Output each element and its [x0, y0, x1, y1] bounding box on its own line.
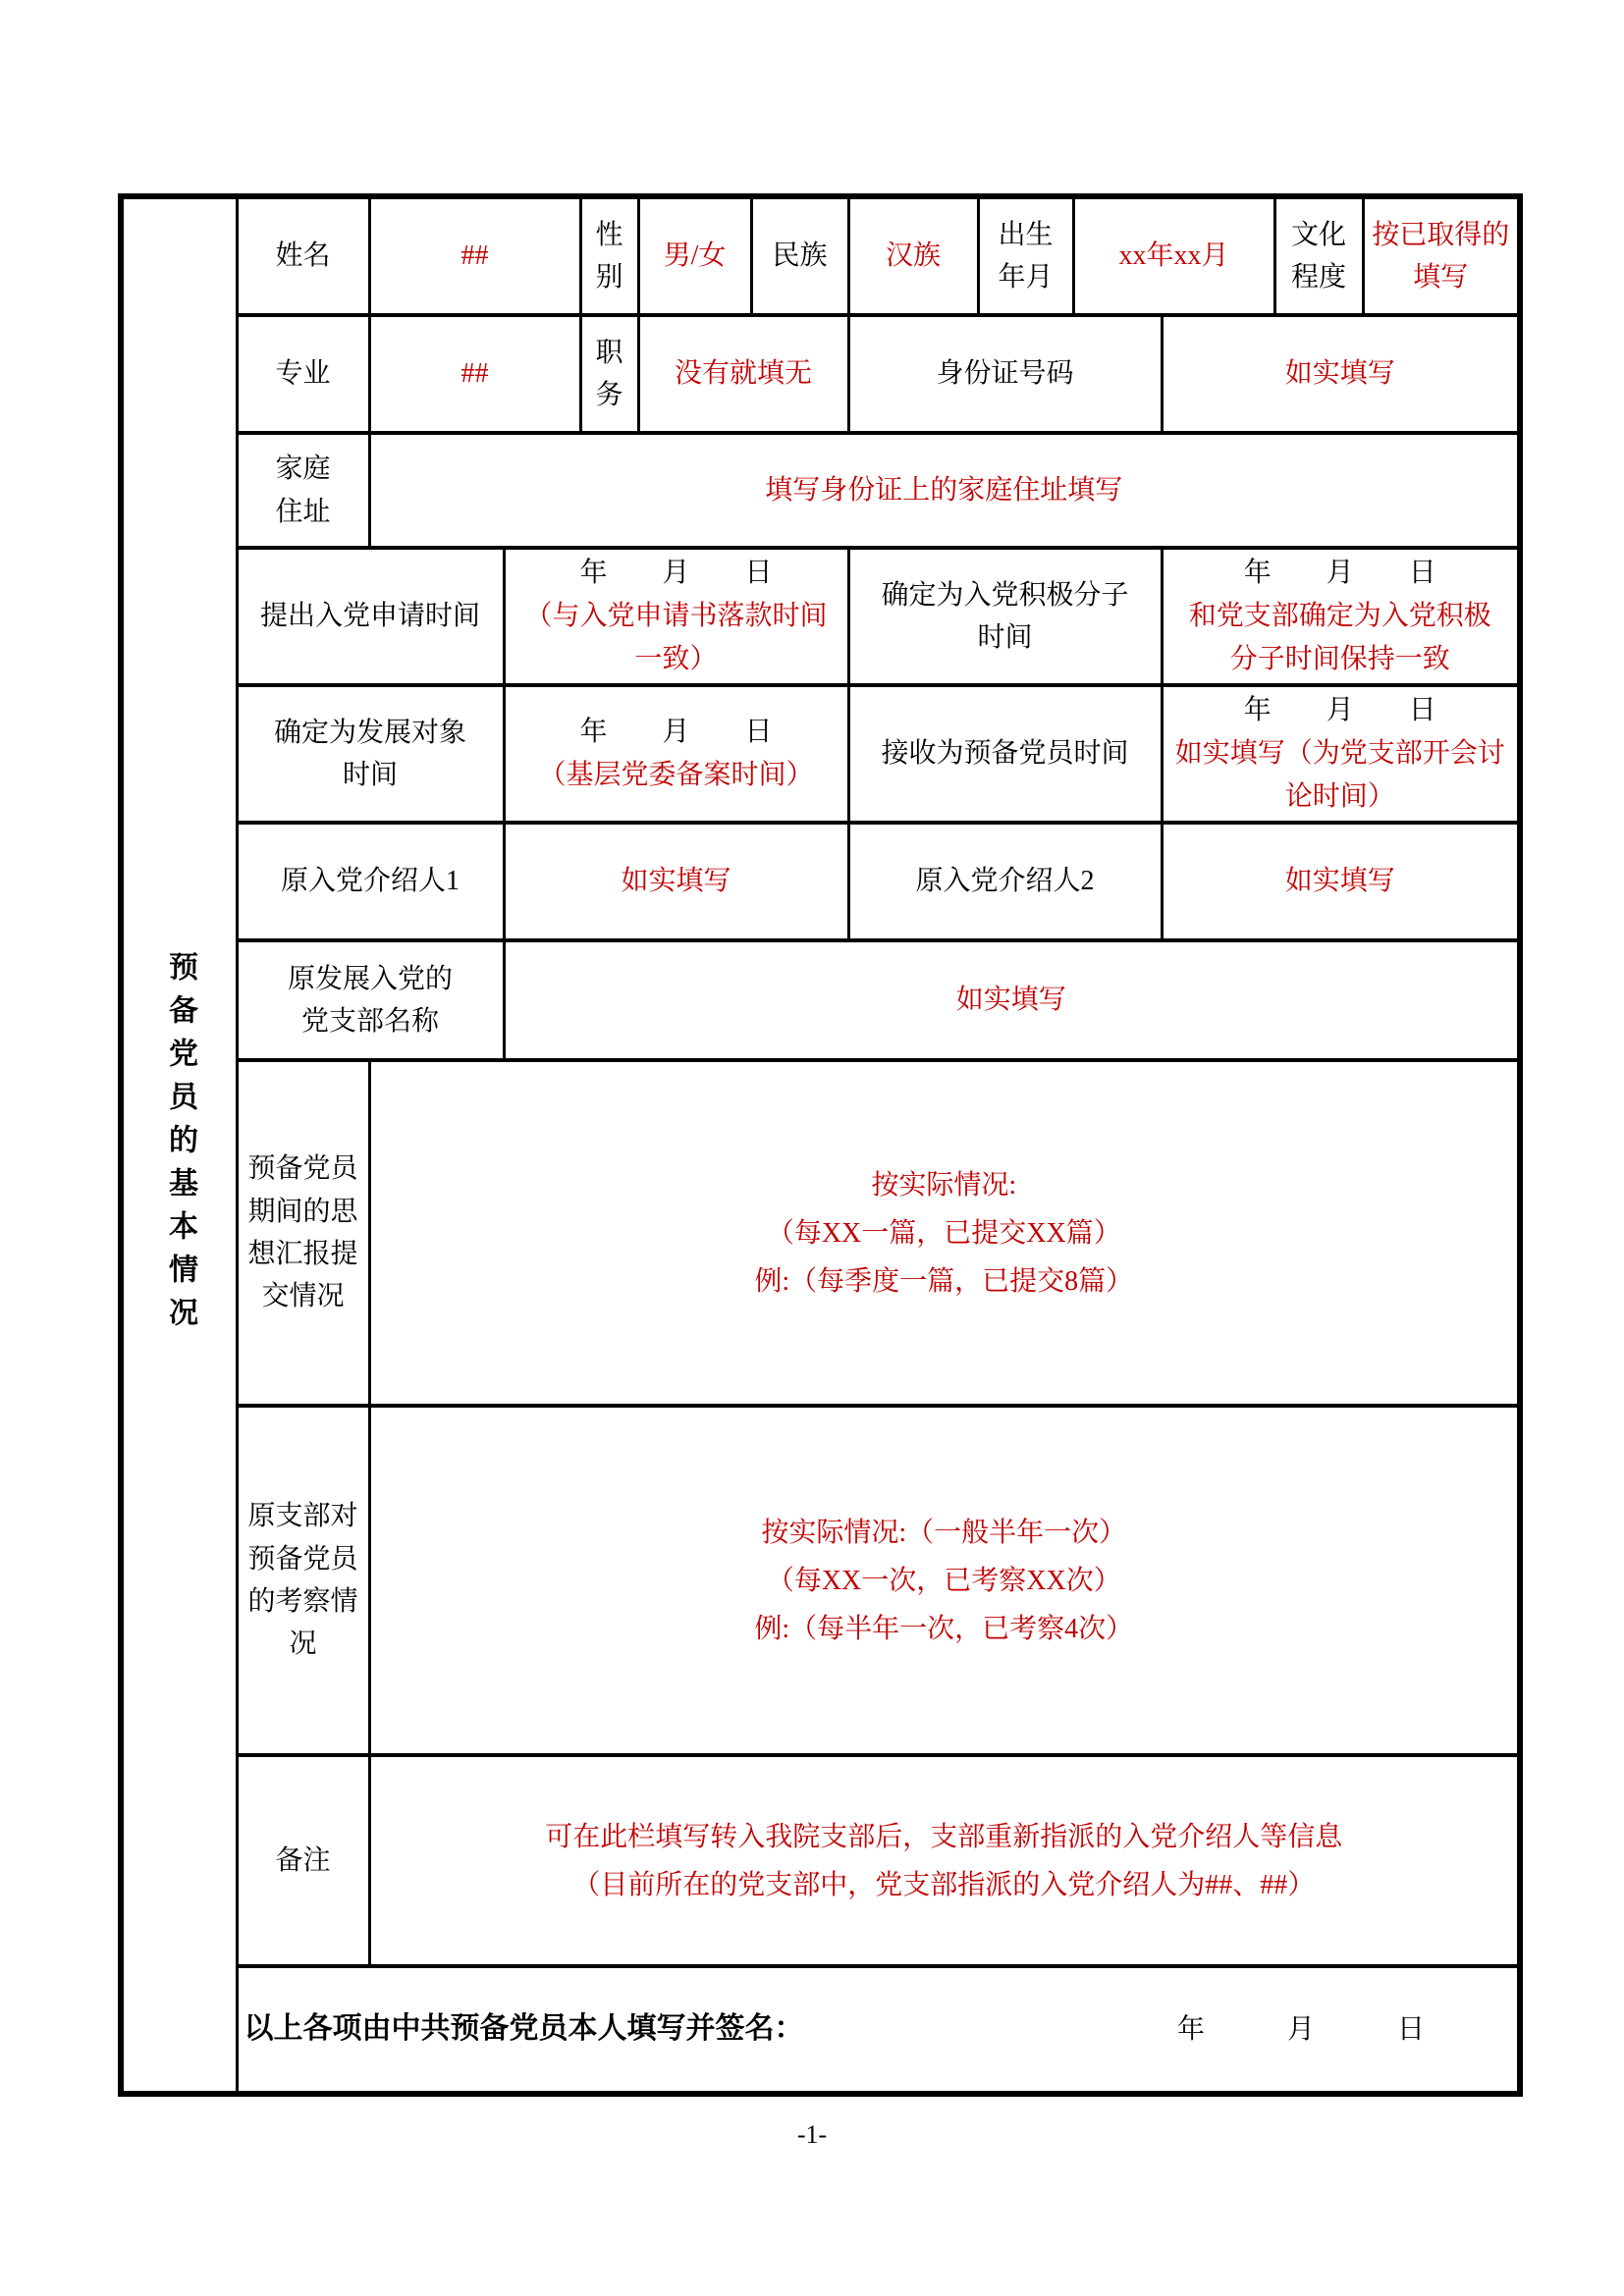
activist-time-value-cell[interactable]: 年 月 日 和党支部确定为入党积极 分子时间保持一致	[1162, 548, 1520, 685]
row-remarks: 备注 可在此栏填写转入我院支部后，支部重新指派的入党介绍人等信息 （目前所在的党…	[121, 1755, 1520, 1966]
activist-time-label: 确定为入党积极分子 时间	[848, 548, 1162, 685]
row-thought-reports: 预备党员期间的思想汇报提交情况 按实际情况: （每XX一篇，已提交XX篇） 例:…	[121, 1060, 1520, 1406]
apply-time-value-cell[interactable]: 年 月 日 （与入党申请书落款时间 一致）	[504, 548, 848, 685]
introducer1-label: 原入党介绍人1	[237, 823, 504, 940]
home-address-value-cell[interactable]: 填写身份证上的家庭住址填写	[369, 433, 1520, 548]
development-date-placeholder: 年 月 日	[512, 711, 841, 754]
introducer1-value-cell[interactable]: 如实填写	[504, 823, 848, 940]
original-branch-label: 原发展入党的 党支部名称	[237, 940, 504, 1060]
ethnicity-label: 民族	[751, 196, 848, 315]
ethnicity-value-cell[interactable]: 汉族	[848, 196, 978, 315]
signature-statement: 以上各项由中共预备党员本人填写并签名：	[244, 2006, 1178, 2053]
home-address-label: 家庭 住址	[237, 433, 369, 548]
row-introducers: 原入党介绍人1 如实填写 原入党介绍人2 如实填写	[121, 823, 1520, 940]
inspection-line3: 例:（每半年一次，已考察4次）	[377, 1605, 1512, 1653]
row-major-duty-id: 专业 ## 职 务 没有就填无 身份证号码 如实填写	[121, 315, 1520, 433]
remarks-line2: （目前所在的党支部中，党支部指派的入党介绍人为##、##）	[377, 1861, 1512, 1909]
apply-date-note: （与入党申请书落款时间 一致）	[512, 595, 841, 681]
activist-date-note: 和党支部确定为入党积极 分子时间保持一致	[1169, 595, 1512, 681]
section-title-vertical: 预备党员的基本情况	[121, 196, 237, 2094]
apply-date-placeholder: 年 月 日	[512, 552, 841, 595]
remarks-notes: 可在此栏填写转入我院支部后，支部重新指派的入党介绍人等信息 （目前所在的党支部中…	[377, 1813, 1512, 1909]
education-value-cell[interactable]: 按已取得的 填写	[1363, 196, 1520, 315]
row-inspection: 原支部对预备党员的考察情况 按实际情况:（一般半年一次） （每XX一次，已考察X…	[121, 1406, 1520, 1755]
inspection-value-cell[interactable]: 按实际情况:（一般半年一次） （每XX一次，已考察XX次） 例:（每半年一次，已…	[369, 1406, 1520, 1755]
probationary-member-info-table: 预备党员的基本情况 姓名 ## 性 别 男/女 民族 汉族 出生 年月 xx年x…	[118, 193, 1523, 2097]
probation-date-placeholder: 年 月 日	[1169, 689, 1512, 732]
id-number-label: 身份证号码	[848, 315, 1162, 433]
signature-line: 以上各项由中共预备党员本人填写并签名： 年 月 日	[244, 2006, 1512, 2053]
remarks-label: 备注	[237, 1755, 369, 1966]
remarks-value-cell[interactable]: 可在此栏填写转入我院支部后，支部重新指派的入党介绍人等信息 （目前所在的党支部中…	[369, 1755, 1520, 1966]
signature-date-placeholder: 年 月 日	[1177, 2008, 1425, 2051]
duty-label: 职 务	[580, 315, 638, 433]
inspection-notes: 按实际情况:（一般半年一次） （每XX一次，已考察XX次） 例:（每半年一次，已…	[377, 1509, 1512, 1653]
major-label: 专业	[237, 315, 369, 433]
activist-date-placeholder: 年 月 日	[1169, 552, 1512, 595]
gender-value-cell[interactable]: 男/女	[638, 196, 751, 315]
probation-time-value-cell[interactable]: 年 月 日 如实填写（为党支部开会讨 论时间）	[1162, 685, 1520, 823]
development-time-label: 确定为发展对象 时间	[237, 685, 504, 823]
thought-reports-line2: （每XX一篇，已提交XX篇）	[377, 1209, 1512, 1257]
document-page: 预备党员的基本情况 姓名 ## 性 别 男/女 民族 汉族 出生 年月 xx年x…	[0, 0, 1624, 2296]
thought-reports-notes: 按实际情况: （每XX一篇，已提交XX篇） 例:（每季度一篇，已提交8篇）	[377, 1161, 1512, 1306]
duty-value-cell[interactable]: 没有就填无	[638, 315, 848, 433]
inspection-line1: 按实际情况:（一般半年一次）	[377, 1509, 1512, 1557]
thought-reports-line3: 例:（每季度一篇，已提交8篇）	[377, 1257, 1512, 1306]
row-basic-identity: 预备党员的基本情况 姓名 ## 性 别 男/女 民族 汉族 出生 年月 xx年x…	[121, 196, 1520, 315]
gender-label: 性 别	[580, 196, 638, 315]
remarks-line1: 可在此栏填写转入我院支部后，支部重新指派的入党介绍人等信息	[377, 1813, 1512, 1861]
name-value-cell[interactable]: ##	[369, 196, 580, 315]
name-label: 姓名	[237, 196, 369, 315]
row-application-activist-time: 提出入党申请时间 年 月 日 （与入党申请书落款时间 一致） 确定为入党积极分子…	[121, 548, 1520, 685]
birthdate-label: 出生 年月	[978, 196, 1073, 315]
row-development-probation-time: 确定为发展对象 时间 年 月 日 （基层党委备案时间） 接收为预备党员时间 年 …	[121, 685, 1520, 823]
major-value-cell[interactable]: ##	[369, 315, 580, 433]
education-label: 文化 程度	[1274, 196, 1363, 315]
row-home-address: 家庭 住址 填写身份证上的家庭住址填写	[121, 433, 1520, 548]
introducer2-label: 原入党介绍人2	[848, 823, 1162, 940]
original-branch-value-cell[interactable]: 如实填写	[504, 940, 1520, 1060]
row-original-branch: 原发展入党的 党支部名称 如实填写	[121, 940, 1520, 1060]
probation-date-note: 如实填写（为党支部开会讨 论时间）	[1169, 732, 1512, 819]
introducer2-value-cell[interactable]: 如实填写	[1162, 823, 1520, 940]
inspection-label: 原支部对预备党员的考察情况	[237, 1406, 369, 1755]
thought-reports-line1: 按实际情况:	[377, 1161, 1512, 1209]
id-number-value-cell[interactable]: 如实填写	[1162, 315, 1520, 433]
development-time-value-cell[interactable]: 年 月 日 （基层党委备案时间）	[504, 685, 848, 823]
probation-time-label: 接收为预备党员时间	[848, 685, 1162, 823]
thought-reports-value-cell[interactable]: 按实际情况: （每XX一篇，已提交XX篇） 例:（每季度一篇，已提交8篇）	[369, 1060, 1520, 1406]
page-number: -1-	[0, 2120, 1624, 2150]
signature-cell[interactable]: 以上各项由中共预备党员本人填写并签名： 年 月 日	[237, 1966, 1520, 2094]
birthdate-value-cell[interactable]: xx年xx月	[1073, 196, 1274, 315]
apply-time-label: 提出入党申请时间	[237, 548, 504, 685]
section-title-text: 预备党员的基本情况	[157, 951, 203, 1340]
thought-reports-label: 预备党员期间的思想汇报提交情况	[237, 1060, 369, 1406]
development-date-note: （基层党委备案时间）	[512, 754, 841, 797]
inspection-line2: （每XX一次，已考察XX次）	[377, 1557, 1512, 1605]
row-signature: 以上各项由中共预备党员本人填写并签名： 年 月 日	[121, 1966, 1520, 2094]
